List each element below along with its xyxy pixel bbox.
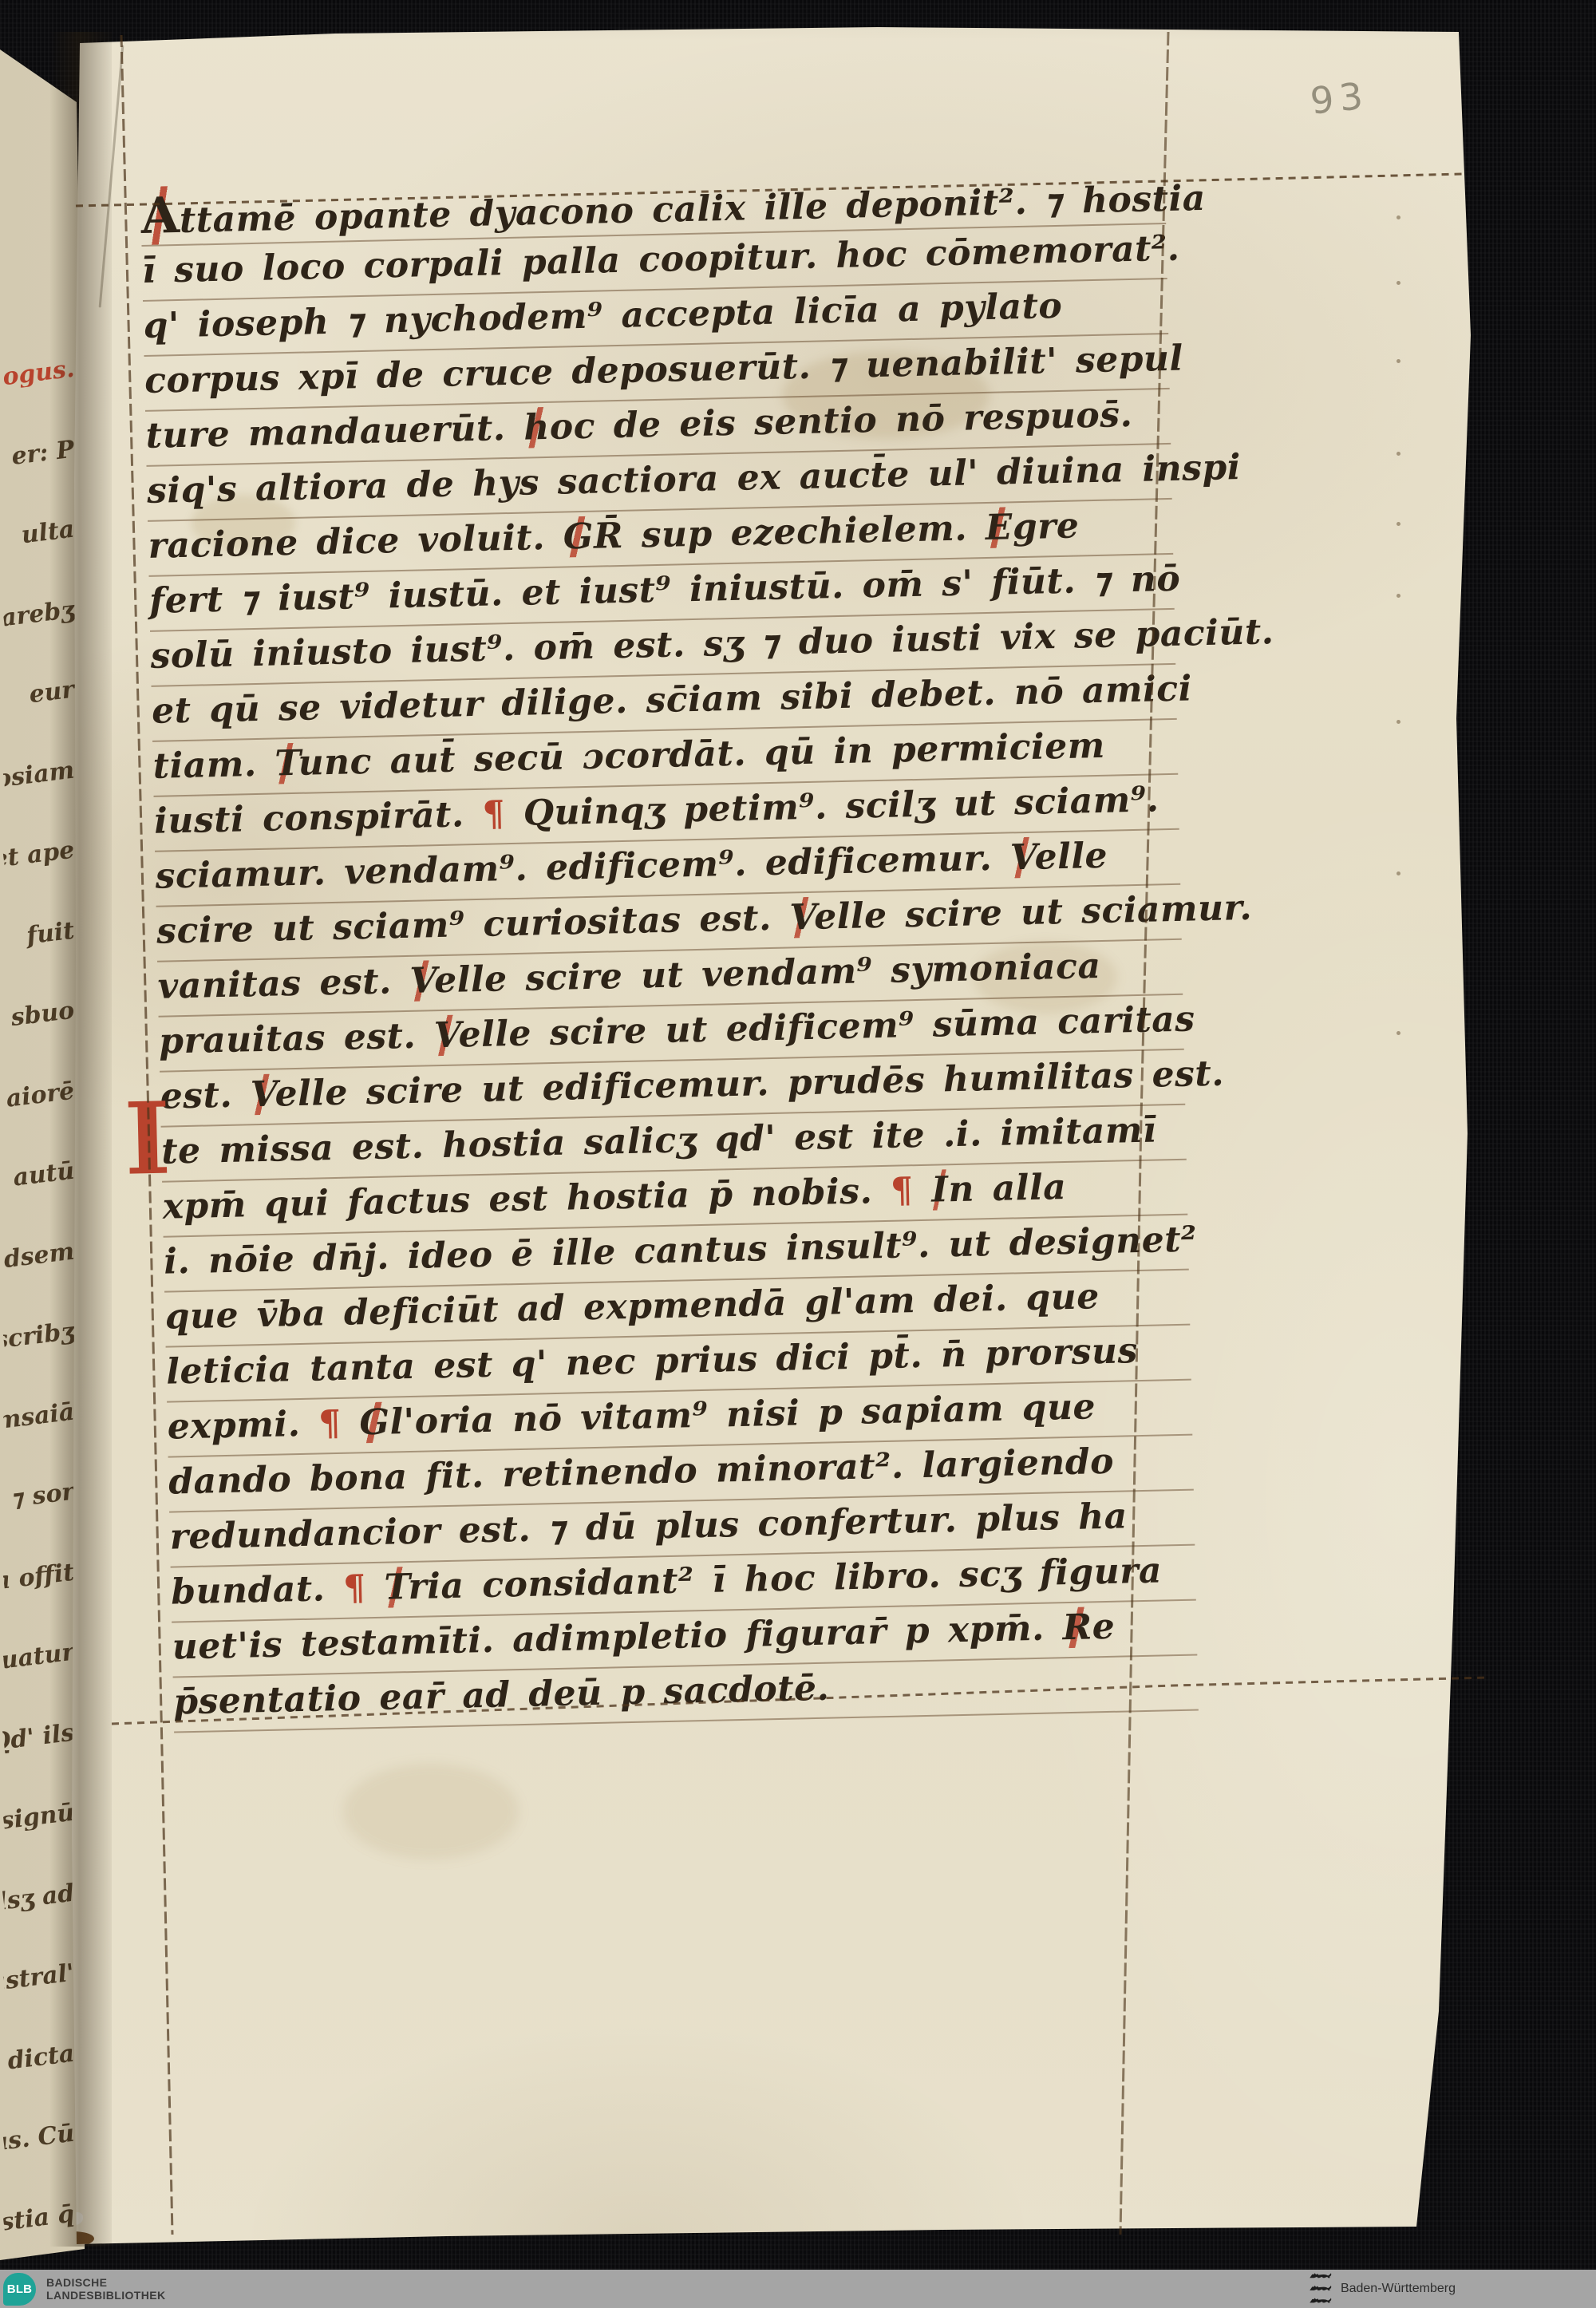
facing-page-fragment: dsem [0,1183,78,1271]
text-segment: R̄ sup ezechielem. [593,508,986,557]
scan-stage: logus.er: Pultaarebʒeurosiamet apefuitsb… [0,0,1596,2308]
text-segment: elle scire ut sciamur. [814,887,1253,938]
pricking-dot [1396,1031,1400,1035]
facing-page-fragment: osiam [0,701,78,790]
text-segment: V [433,1015,459,1057]
facing-page-fragment: logus. [0,301,78,389]
text-segment: Quinqʒ petim⁹. scilʒ ut sciam⁹. [523,779,1159,833]
pricking-dot [1396,452,1400,456]
pricking-dot [1396,281,1400,285]
text-segment: oc de eis sentio nō respuos̄. [549,394,1133,448]
facing-page-fragment: msaiā [0,1343,78,1432]
facing-page-fragment: tē signū [0,1745,78,1833]
facing-page-fragment: scribʒ [0,1263,78,1352]
facing-page-fragment: er: P [0,381,78,469]
text-segment: expmi. [167,1404,318,1448]
facing-page-fragment: Qd' ils [0,1664,78,1753]
text-segment: p̄sentatio ear̄ ad deū p sacdotē. [173,1668,830,1723]
pricking-dot [1396,871,1400,875]
pricking-dot [1396,215,1400,219]
blb-logo[interactable]: BLB [3,2273,36,2306]
facing-page-fragment: sbuo [0,943,78,1031]
facing-page-fragment: fuit [0,862,78,950]
text-segment: l'oria nō vitam⁹ nisi p sapiam que [389,1386,1096,1442]
text-segment: A [140,186,180,245]
text-segment: iusti conspirāt. [154,794,483,842]
library-name-line1: BADISCHE [46,2276,166,2289]
text-segment: racione dice voluit. [148,517,563,567]
text-segment: I [931,1169,949,1210]
text-segment: elle [1034,836,1108,878]
text-segment: est. [160,1074,251,1116]
pricking-dot [1396,720,1400,724]
text-segment: vanitas est. [157,961,410,1007]
baden-wuerttemberg-three-lions-icon [1309,2271,1333,2306]
facing-page-fragment: ulsʒ ad [0,1824,78,1913]
text-segment: V [250,1074,275,1116]
library-name: BADISCHE LANDESBIBLIOTHEK [46,2276,166,2302]
stain [343,1764,519,1859]
text-segment: V [1009,837,1035,879]
text-segment: e [1092,1607,1116,1648]
facing-page-fragment: onus. Cū [0,2065,78,2154]
facing-page-fragment: arebʒ [0,541,78,630]
text-segment: ¶ [890,1170,931,1211]
facing-page-fragment: eleuatur [0,1584,78,1673]
library-footer-bar: BLB BADISCHE LANDESBIBLIOTHEK Baden-Würt… [0,2270,1596,2308]
facing-page-text-fragments: logus.er: Pultaarebʒeurosiamet apefuitsb… [0,305,73,2230]
text-segment: scire ut sciam⁹ curiositas est. [156,897,790,951]
text-segment: ¶ [343,1567,385,1609]
pricking-dot [1396,359,1400,363]
text-segment: T [275,743,298,784]
facing-page-fragment: aiorē [0,1022,78,1111]
facing-page-fragment: ara offit [0,1504,78,1592]
facing-page-fragment: et ape [0,782,78,871]
facing-page-fragment: ulta [0,461,78,550]
text-block: I Attamē opante dyacono calix ille depon… [140,169,1199,1733]
text-segment: T [384,1567,409,1608]
text-segment: ¶ [482,793,523,835]
facing-page-fragment: autū [0,1103,78,1192]
facing-page-fragment: corp ⁊ sor [0,1424,78,1512]
text-segment: prauitas est. [159,1015,435,1062]
library-name-line2: LANDESBIBLIOTHEK [46,2289,166,2302]
text-segment: G [359,1402,390,1444]
text-segment: V [789,897,815,939]
text-segment: E [985,507,1013,548]
facing-page-fragment: austral' [0,1905,78,1994]
state-name: Baden-Württemberg [1341,2282,1456,2296]
manuscript-page: 93 I Attamē opante dyacono calix ille de… [0,0,1596,2308]
margin-initial-I: I [124,1091,172,1203]
text-segment: n alla [948,1167,1067,1210]
folio-number: 93 [1308,73,1370,122]
facing-page-fragment: eur [0,622,78,710]
text-segment: h [523,407,551,449]
pricking-dot [1396,594,1400,598]
footer-right: Baden-Württemberg [1309,2271,1596,2306]
footer-left: BLB BADISCHE LANDESBIBLIOTHEK [0,2273,166,2306]
text-segment: gre [1012,505,1080,547]
text-segment: V [409,960,435,1002]
pricking-dot [1396,522,1400,526]
text-segment: G [563,516,594,558]
text-segment: ¶ [318,1402,360,1444]
blb-logo-text: BLB [7,2282,32,2296]
facing-page-fragment: dns dicta [0,1985,78,2073]
facing-page-fragment: ostia q̄ [0,2145,78,2234]
text-segment: elle scire ut vendam⁹ symoniaca [434,946,1101,1001]
text-segment: R [1062,1607,1092,1648]
text-segment: tiam. [152,744,275,787]
text-segment: bundat. [171,1568,344,1613]
page-crease [99,45,124,307]
text-segment: ture mandauerūt. [145,408,524,456]
